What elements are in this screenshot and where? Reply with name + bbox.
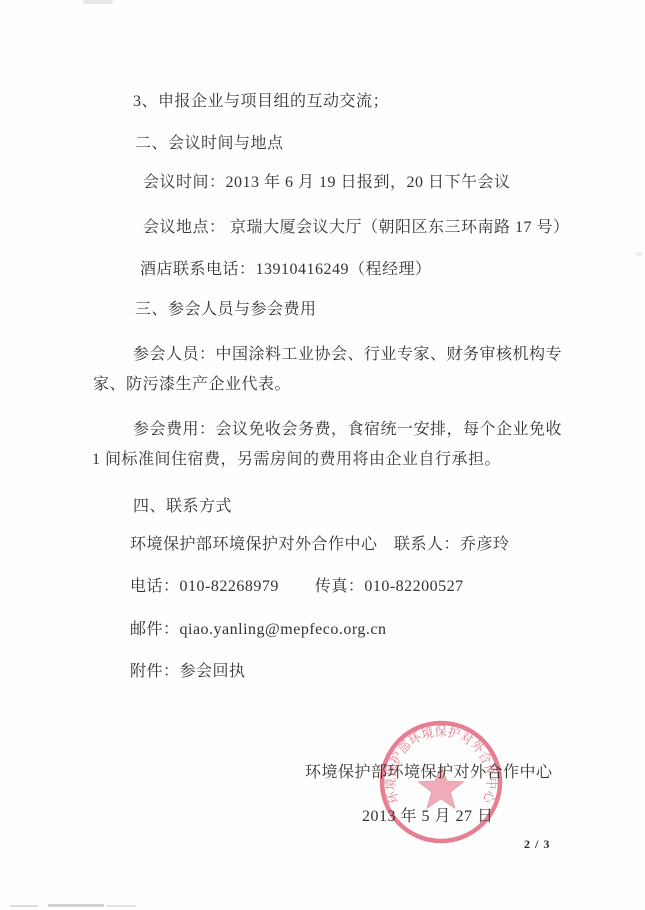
scan-artifact <box>48 904 104 907</box>
doc-line-8: 家、防污漆生产企业代表。 <box>93 374 291 396</box>
doc-line-15: 附件：参会回执 <box>130 661 246 683</box>
scan-artifact <box>10 905 38 907</box>
doc-line-4: 会议地点： 京瑞大厦会议大厅（朝阳区东三环南路 17 号） <box>143 217 570 239</box>
scan-artifact <box>636 252 642 256</box>
doc-line-10: 1 间标准间住宿费，另需房间的费用将由企业自行承担。 <box>92 449 501 471</box>
doc-line-11: 四、联系方式 <box>133 496 232 518</box>
document-page: 环境保护部环境保护对外合作中心 3、申报企业与项目组的互动交流； 二、会议时间与… <box>0 0 645 910</box>
signature-date: 2013 年 5 月 27 日 <box>362 806 494 828</box>
page-number: 2 / 3 <box>524 837 550 852</box>
scan-artifact <box>83 0 113 4</box>
doc-line-14: 邮件：qiao.yanling@mepfeco.org.cn <box>130 619 387 641</box>
signature-org: 环境保护部环境保护对外合作中心 <box>305 762 553 784</box>
doc-line-2: 二、会议时间与地点 <box>135 133 284 155</box>
doc-line-5: 酒店联系电话：13910416249（程经理） <box>140 259 432 281</box>
doc-line-1: 3、申报企业与项目组的互动交流； <box>133 91 389 113</box>
doc-line-12: 环境保护部环境保护对外合作中心 联系人：乔彦玲 <box>130 534 510 556</box>
doc-line-7: 参会人员：中国涂料工业协会、行业专家、财务审核机构专 <box>133 344 562 366</box>
doc-line-13: 电话：010-82268979 传真：010-82200527 <box>130 576 464 598</box>
doc-line-6: 三、参会人员与参会费用 <box>135 299 317 321</box>
doc-line-9: 参会费用：会议免收会务费，食宿统一安排，每个企业免收 <box>133 419 562 441</box>
scan-artifact <box>106 905 136 907</box>
doc-line-3: 会议时间：2013 年 6 月 19 日报到，20 日下午会议 <box>143 172 511 194</box>
